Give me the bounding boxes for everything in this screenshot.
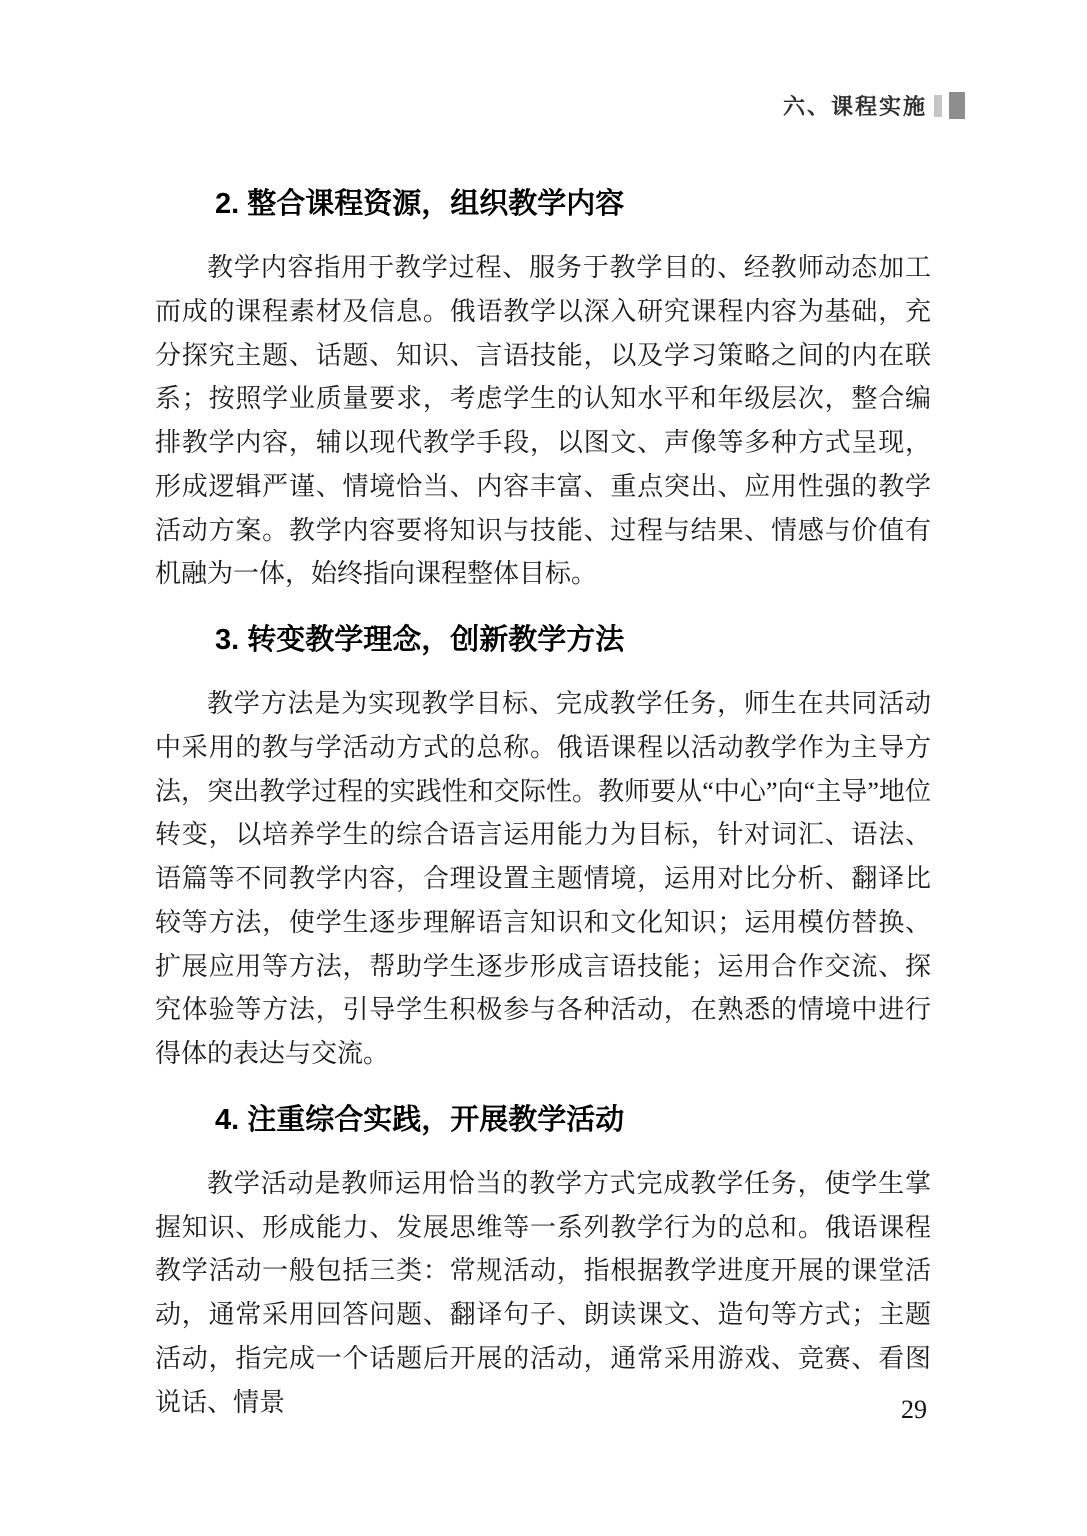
section-paragraph-2: 教学内容指用于教学过程、服务于教学目的、经教师动态加工而成的课程素材及信息。俄语… [155, 246, 931, 596]
section-heading-4: 4. 注重综合实践，开展教学活动 [215, 1104, 931, 1137]
section-paragraph-4: 教学活动是教师运用恰当的教学方式完成教学任务，使学生掌握知识、形成能力、发展思维… [155, 1162, 931, 1424]
document-page: 六、课程实施 2. 整合课程资源，组织教学内容 教学内容指用于教学过程、服务于教… [0, 0, 1087, 1536]
section-heading-3: 3. 转变教学理念，创新教学方法 [215, 624, 931, 657]
section-paragraph-3: 教学方法是为实现教学目标、完成教学任务，师生在共同活动中采用的教与学活动方式的总… [155, 682, 931, 1075]
header-accent-bar-dark [949, 92, 965, 119]
header-accent-bar-light [934, 95, 942, 117]
page-content: 2. 整合课程资源，组织教学内容 教学内容指用于教学过程、服务于教学目的、经教师… [155, 0, 931, 1424]
page-number: 29 [901, 1395, 927, 1425]
section-heading-2: 2. 整合课程资源，组织教学内容 [215, 188, 931, 221]
